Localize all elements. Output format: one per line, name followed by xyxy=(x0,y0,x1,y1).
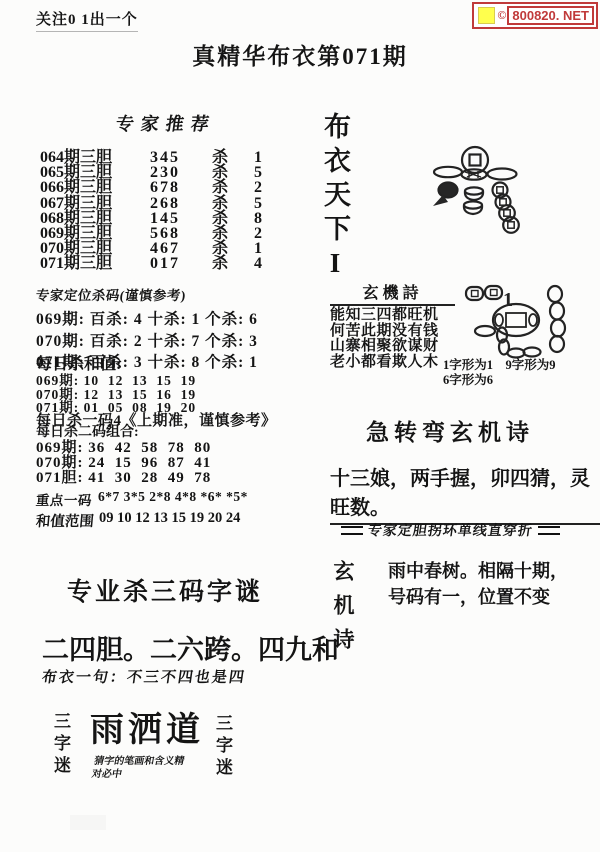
divider-bar-icon xyxy=(341,526,363,535)
figure-note-line: 1字形为1 9字形为9 xyxy=(443,358,556,373)
poem-line: 何苦此期没有钱 xyxy=(330,324,455,340)
kill-number: 2 xyxy=(254,226,292,241)
kill-number: 1 xyxy=(254,241,292,256)
poem-line: 老小都看欺人木 xyxy=(330,355,455,371)
expert-row: 068期三胆145杀8 xyxy=(40,211,292,226)
kill-three-code-line: 二四胆。二六跨。四九和 xyxy=(42,628,339,667)
period-label: 064期三胆 xyxy=(40,150,150,165)
coin-column xyxy=(493,183,519,233)
three-char-riddle-note: 猜字的笔画和含义精 对必中 xyxy=(91,755,186,781)
daily-kill-two-header: 每日杀二码组合: xyxy=(36,424,321,441)
watermark-yellow-square xyxy=(478,7,495,24)
small-coin-icon xyxy=(466,287,483,300)
small-coin-icon xyxy=(485,286,502,299)
poem-line: 号码有一，位置不变 xyxy=(388,584,578,610)
dan-numbers: 678 xyxy=(150,180,212,195)
key-one-code-row: 重点一码 6*7 3*5 2*8 4*8 *6* *5* xyxy=(36,489,321,509)
expert-recommend-section: 专家推荐 064期三胆345杀1 065期三胆230杀5 066期三胆678杀2… xyxy=(40,110,292,272)
page-title: 真精华布衣第071期 xyxy=(0,38,600,71)
expert-row: 066期三胆678杀2 xyxy=(40,180,292,195)
riddle-note-line: 猜字的笔画和含义精 xyxy=(93,755,185,768)
dan-numbers: 230 xyxy=(150,165,212,180)
kill-label: 杀 xyxy=(212,150,254,165)
kill-label: 杀 xyxy=(212,226,254,241)
kill-number: 5 xyxy=(254,196,292,211)
expert-row: 064期三胆345杀1 xyxy=(40,150,292,165)
xuanji-figure-drawing: 1 xyxy=(452,281,592,359)
kill-label: 杀 xyxy=(212,196,254,211)
daily-kill-sum-row: 070期: 12 13 15 16 19 xyxy=(36,388,311,402)
kill-number: 1 xyxy=(254,150,292,165)
big-coin-icon xyxy=(493,304,539,336)
poem-line: 雨中春树。相隔十期， xyxy=(388,558,578,584)
divider-bar-icon xyxy=(538,526,560,535)
dan-numbers: 268 xyxy=(150,196,212,211)
three-char-riddle-right-label: 三字迷 xyxy=(210,714,235,780)
copyright-icon: © xyxy=(497,8,506,23)
poem-line: 山寨相聚欲谋财 xyxy=(330,339,455,355)
kill-number: 4 xyxy=(254,256,292,271)
kill-label: 杀 xyxy=(212,256,254,271)
sum-range-values: 09 10 12 13 15 19 20 24 xyxy=(99,510,240,531)
kill-label: 杀 xyxy=(212,211,254,226)
xuanji-poem-header: 玄機詩 xyxy=(330,280,455,306)
right-oval-column xyxy=(548,286,565,352)
coin-hole xyxy=(470,155,481,166)
oval-icon xyxy=(434,167,462,177)
figure-digit: 1 xyxy=(503,289,513,311)
three-char-riddle-left-label: 三字迷 xyxy=(48,712,73,778)
coin-ingot-drawing xyxy=(403,133,568,255)
kill-number: 5 xyxy=(254,165,292,180)
buyi-one-sentence: 布衣一句：不三不四也是四 xyxy=(41,666,248,687)
bottom-right-poem: 雨中春树。相隔十期， 号码有一，位置不变 xyxy=(388,558,578,610)
expert-dingdan-divider: 专家定胆拐环单线直穿折 xyxy=(318,520,582,540)
period-label: 066期三胆 xyxy=(40,180,150,195)
dan-numbers: 345 xyxy=(150,150,212,165)
position-kill-header: 专家定位杀码(谨慎参考) xyxy=(35,284,312,304)
expert-row: 067期三胆268杀5 xyxy=(40,196,292,211)
daily-kill-sum-row: 069期: 10 12 13 15 19 xyxy=(36,374,311,388)
figure-note-line: 6字形为6 xyxy=(443,373,556,388)
kill-three-code-header: 专业杀三码字谜 xyxy=(40,572,290,608)
expert-row: 071期三胆017杀4 xyxy=(40,256,292,271)
buyi-tianxia-text: 布衣天下 xyxy=(320,112,350,248)
figure-shape-notes: 1字形为1 9字形为9 6字形为6 xyxy=(443,358,556,388)
daily-kill-two-section: 每日杀二码组合: 069期: 36 42 58 78 80 070期: 24 1… xyxy=(36,424,321,531)
daily-kill-sum-header: 每日杀和值: xyxy=(36,356,311,374)
watermark-stamp: © 800820. NET xyxy=(472,2,598,29)
three-char-riddle-answer: 雨洒道 xyxy=(90,702,204,751)
kill-number: 8 xyxy=(254,211,292,226)
position-kill-row: 070期: 百杀: 2 十杀: 7 个杀: 3 xyxy=(36,331,311,353)
period-label: 071期三胆 xyxy=(40,256,150,271)
dan-numbers: 467 xyxy=(150,241,212,256)
poem-line: 能知三四都旺机 xyxy=(330,308,455,324)
daily-kill-two-row: 071胆: 41 30 28 49 78 xyxy=(36,471,321,486)
riddle-note-line: 对必中 xyxy=(91,768,183,781)
daily-kill-two-row: 069期: 36 42 58 78 80 xyxy=(36,441,321,456)
sharp-turn-riddle-line: 十三娘，两手握，卯四猜，灵旺数。 xyxy=(330,462,600,525)
kill-label: 杀 xyxy=(212,180,254,195)
kill-number: 2 xyxy=(254,180,292,195)
expert-row: 069期三胆568杀2 xyxy=(40,226,292,241)
buyi-tianxia-vertical-title: 布衣天下I xyxy=(320,112,350,285)
sharp-turn-header: 急转弯玄机诗 xyxy=(310,414,590,447)
xuanji-poem-section: 玄機詩 能知三四都旺机 何苦此期没有钱 山寨相聚欲谋财 老小都看欺人木 xyxy=(330,280,455,370)
lottery-sheet-page: 关注0 1出一个 © 800820. NET 真精华布衣第071期 专家推荐 0… xyxy=(0,0,600,852)
period-label: 069期三胆 xyxy=(40,226,150,241)
position-kill-row: 069期: 百杀: 4 十杀: 1 个杀: 6 xyxy=(36,309,311,331)
period-label: 068期三胆 xyxy=(40,211,150,226)
key-one-code-label: 重点一码 xyxy=(35,489,93,509)
dark-blob-icon xyxy=(439,183,458,198)
oval-icon xyxy=(488,169,517,180)
dan-numbers: 145 xyxy=(150,211,212,226)
left-oval-chain xyxy=(475,326,541,358)
top-attention-note: 关注0 1出一个 xyxy=(36,8,138,32)
period-label: 067期三胆 xyxy=(40,196,150,211)
sum-range-row: 和值范围 09 10 12 13 15 19 20 24 xyxy=(36,510,321,531)
dan-numbers: 017 xyxy=(150,256,212,271)
dan-numbers: 568 xyxy=(150,226,212,241)
daily-kill-two-row: 070期: 24 15 96 87 41 xyxy=(36,456,321,471)
watermark-site: 800820. NET xyxy=(507,6,594,25)
key-one-code-values: 6*7 3*5 2*8 4*8 *6* *5* xyxy=(98,489,248,509)
daily-kill-sum-section: 每日杀和值: 069期: 10 12 13 15 19 070期: 12 13 … xyxy=(36,356,311,415)
sum-range-label: 和值范围 xyxy=(35,510,95,531)
divider-text: 专家定胆拐环单线直穿折 xyxy=(366,520,534,540)
ingot-icon xyxy=(464,201,482,214)
expert-recommend-header: 专家推荐 xyxy=(38,110,294,136)
scan-artifact xyxy=(70,815,106,830)
ingot-icon xyxy=(465,187,483,200)
